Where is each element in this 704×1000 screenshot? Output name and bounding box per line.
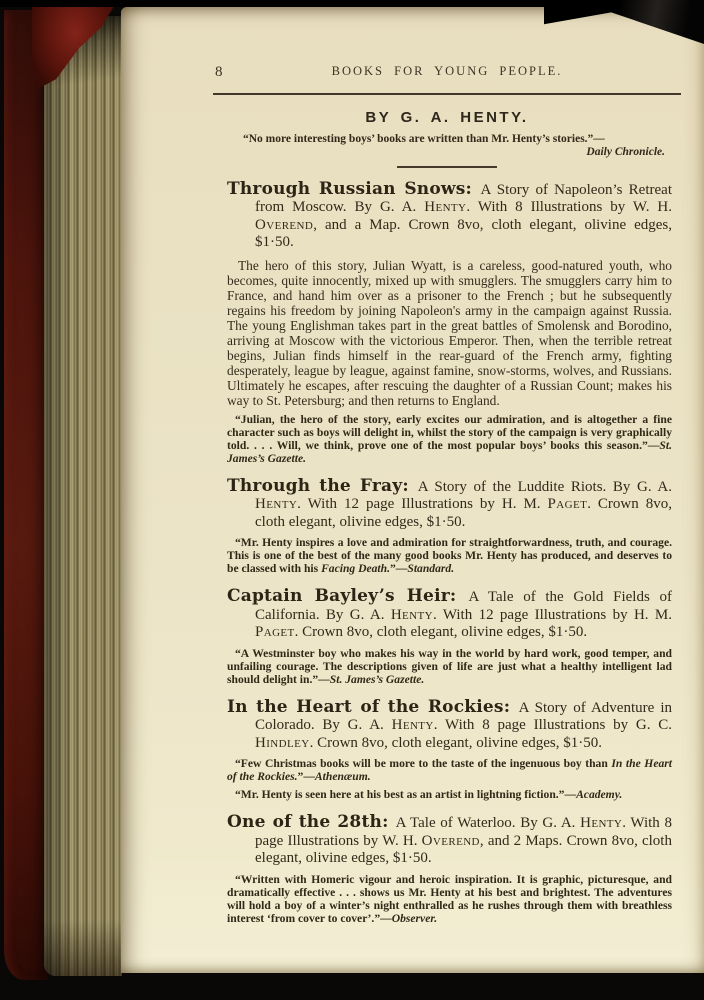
text-segment: Through Russian Snows	[227, 179, 466, 199]
text-segment: Athenæum.	[315, 770, 371, 783]
entry-review: “Mr. Henty is seen here at his best as a…	[227, 788, 672, 801]
text-segment: Facing Death.	[321, 562, 390, 575]
section-heading: BY G. A. HENTY.	[213, 109, 681, 126]
text-segment: ”—	[298, 770, 315, 783]
epigraph-source: Daily Chronicle.	[243, 146, 665, 159]
text-segment: “Written with Homeric vigour and heroic …	[227, 873, 672, 925]
book-entry: In the Heart of the Rockies: A Story of …	[227, 699, 672, 802]
text-segment: . Crown 8vo, cloth elegant, olivine edge…	[295, 624, 587, 640]
entry-description: The hero of this story, Julian Wyatt, is…	[227, 258, 672, 408]
entry-heading: Captain Bayley’s Heir: A Tale of the Gol…	[227, 588, 672, 642]
text-segment: Henty	[580, 815, 622, 831]
book-entries-list: Through Russian Snows: A Story of Napole…	[227, 181, 672, 925]
book-entry: Through the Fray: A Story of the Luddite…	[227, 478, 672, 576]
entry-heading: One of the 28th: A Tale of Waterloo. By …	[227, 814, 672, 868]
text-segment: Overend	[255, 217, 313, 233]
entry-review: “Few Christmas books will be more to the…	[227, 757, 672, 783]
book-entry: Through Russian Snows: A Story of Napole…	[227, 181, 672, 465]
entry-heading: Through Russian Snows: A Story of Napole…	[227, 181, 672, 252]
text-segment: Standard.	[407, 562, 454, 575]
epigraph: “No more interesting boys’ books are wri…	[243, 133, 665, 159]
entry-review: “Mr. Henty inspires a love and admiratio…	[227, 536, 672, 575]
text-segment: :	[466, 179, 481, 199]
book-cover-spine	[4, 10, 48, 980]
text-segment: . With 8 Illustrations by W. H.	[466, 199, 672, 215]
text-segment: A Tale of Waterloo. By G. A.	[396, 815, 580, 831]
text-segment: :	[450, 586, 469, 606]
text-segment: Henty	[424, 199, 466, 215]
text-segment: Paget	[255, 624, 295, 640]
book-page-edges	[44, 16, 122, 976]
text-segment: . Crown 8vo, cloth elegant, olivine edge…	[310, 735, 602, 751]
text-segment: “Few Christmas books will be more to the…	[235, 757, 611, 770]
text-segment: ”—	[390, 562, 407, 575]
photo-background: 8 BOOKS FOR YOUNG PEOPLE. BY G. A. HENTY…	[0, 0, 704, 1000]
text-segment: Academy.	[576, 788, 622, 801]
text-segment: . With 8 page Illustrations by G. C.	[434, 717, 672, 733]
entry-review: “A Westminster boy who makes his way in …	[227, 647, 672, 686]
text-segment: , and a Map. Crown 8vo, cloth elegant, o…	[255, 217, 672, 251]
text-segment: :	[382, 812, 396, 832]
text-segment: Captain Bayley’s Heir	[227, 586, 450, 606]
epigraph-text: “No more interesting boys’ books are wri…	[243, 133, 665, 146]
text-segment: “Mr. Henty is seen here at his best as a…	[235, 788, 576, 801]
text-segment: . With 12 page Illustrations by H. M.	[433, 607, 672, 623]
text-segment: Observer.	[392, 912, 437, 925]
running-head: BOOKS FOR YOUNG PEOPLE.	[213, 64, 681, 79]
text-segment: “A Westminster boy who makes his way in …	[227, 647, 672, 686]
divider-rule	[397, 166, 497, 168]
entry-review: “Written with Homeric vigour and heroic …	[227, 873, 672, 925]
text-segment: Henty	[392, 717, 434, 733]
entry-heading: In the Heart of the Rockies: A Story of …	[227, 699, 672, 753]
text-segment: A Story of the Luddite Riots. By G. A.	[418, 479, 672, 495]
page-content: 8 BOOKS FOR YOUNG PEOPLE. BY G. A. HENTY…	[213, 7, 681, 925]
text-segment: :	[504, 697, 519, 717]
entry-review: “Julian, the hero of the story, early ex…	[227, 413, 672, 465]
text-segment: In the Heart of the Rockies	[227, 697, 504, 717]
text-segment: :	[402, 476, 417, 496]
page-number: 8	[215, 64, 223, 81]
entry-heading: Through the Fray: A Story of the Luddite…	[227, 478, 672, 532]
text-segment: Through the Fray	[227, 476, 402, 496]
text-segment: “Julian, the hero of the story, early ex…	[227, 413, 672, 452]
text-segment: Paget	[548, 496, 588, 512]
text-segment: Overend	[422, 833, 480, 849]
text-segment: St. James’s Gazette.	[330, 673, 424, 686]
book-entry: Captain Bayley’s Heir: A Tale of the Gol…	[227, 588, 672, 686]
text-segment: . With 12 page Illustrations by H. M.	[297, 496, 547, 512]
book-page: 8 BOOKS FOR YOUNG PEOPLE. BY G. A. HENTY…	[121, 7, 704, 973]
text-segment: One of the 28th	[227, 812, 382, 832]
text-segment: Henty	[255, 496, 297, 512]
page-header: 8 BOOKS FOR YOUNG PEOPLE.	[213, 64, 681, 82]
text-segment: Henty	[391, 607, 433, 623]
text-segment: Hindley	[255, 735, 310, 751]
header-rule	[213, 93, 681, 95]
book-entry: One of the 28th: A Tale of Waterloo. By …	[227, 814, 672, 925]
